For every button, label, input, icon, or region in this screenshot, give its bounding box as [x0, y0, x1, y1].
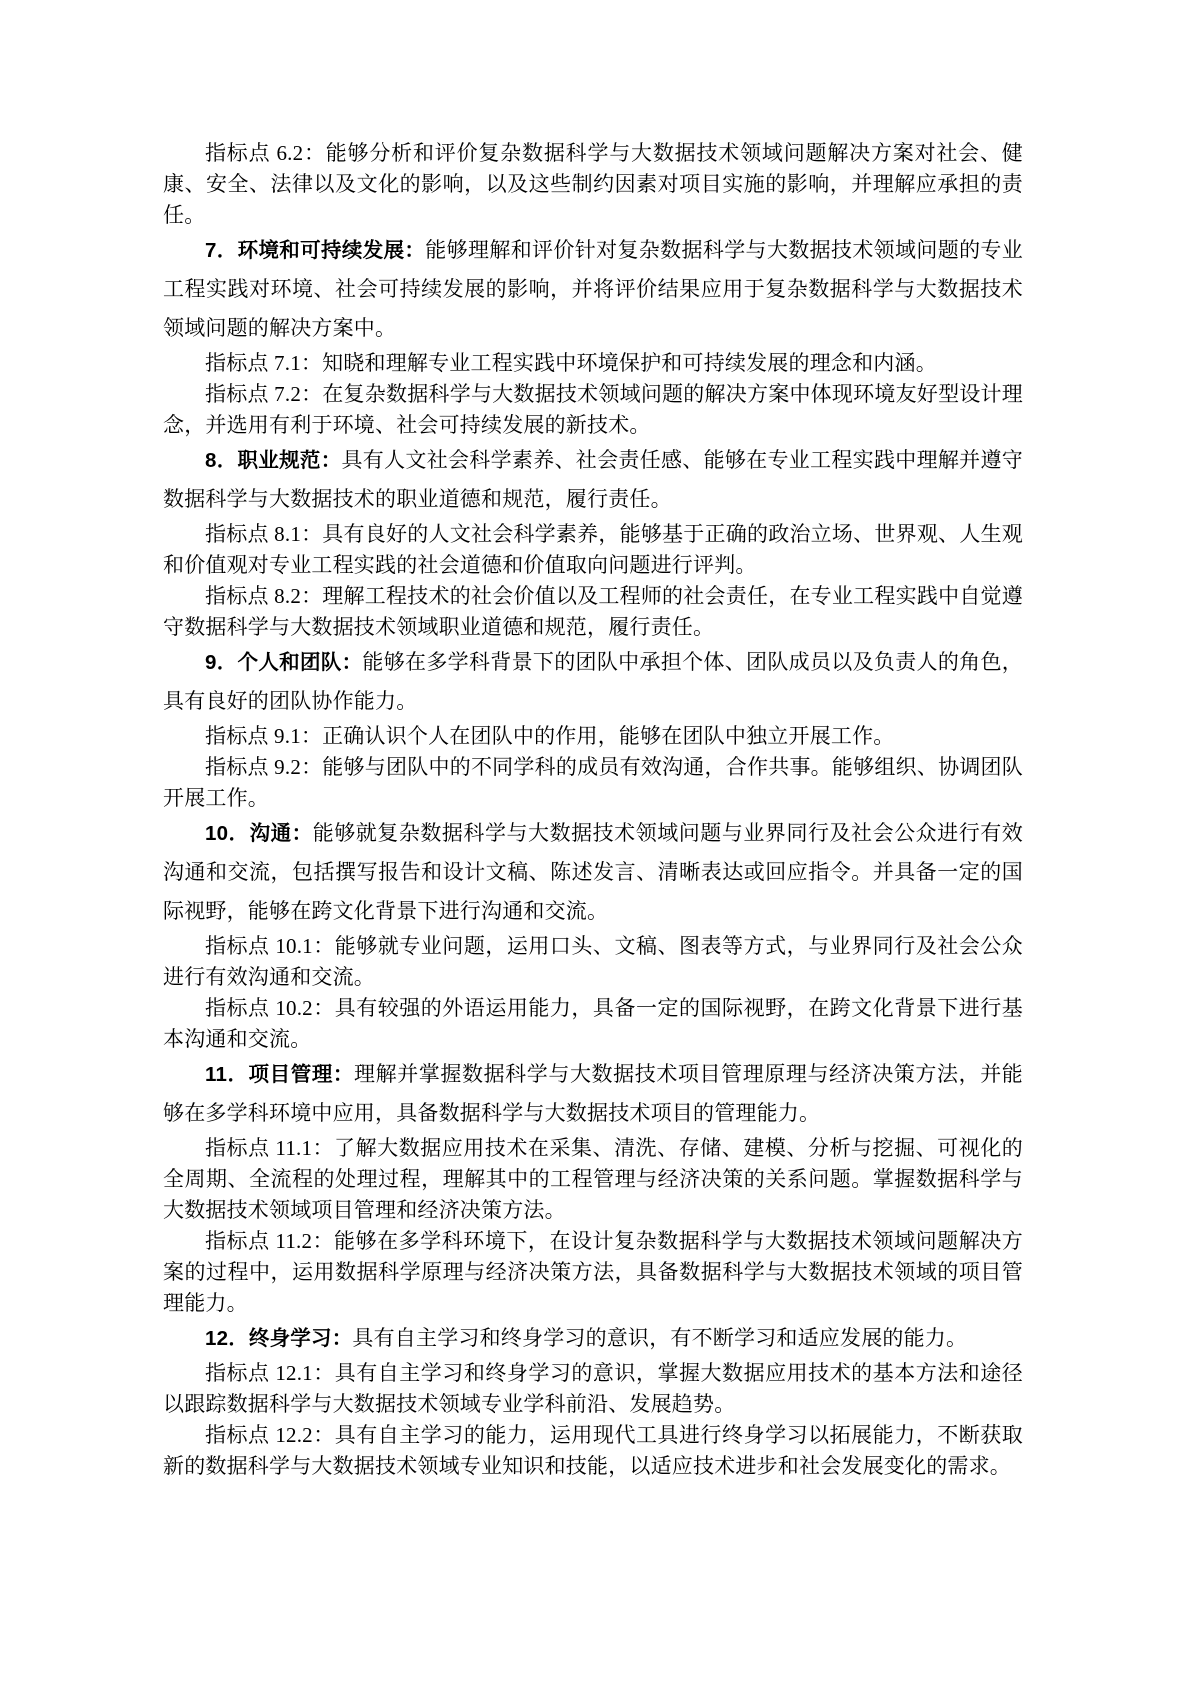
para-section-12: 12．终身学习：具有自主学习和终身学习的意识，有不断学习和适应发展的能力。 [163, 1319, 1023, 1358]
para-indicator-7-2: 指标点 7.2：在复杂数据科学与大数据技术领域问题的解决方案中体现环境友好型设计… [163, 379, 1023, 441]
para-section-8: 8．职业规范：具有人文社会科学素养、社会责任感、能够在专业工程实践中理解并遵守数… [163, 441, 1023, 519]
para-indicator-12-1: 指标点 12.1：具有自主学习和终身学习的意识，掌握大数据应用技术的基本方法和途… [163, 1358, 1023, 1420]
section-12-heading: 12．终身学习： [205, 1327, 352, 1350]
para-indicator-10-2: 指标点 10.2：具有较强的外语运用能力，具备一定的国际视野，在跨文化背景下进行… [163, 993, 1023, 1055]
section-7-heading: 7．环境和可持续发展： [205, 239, 425, 262]
para-indicator-7-1: 指标点 7.1：知晓和理解专业工程实践中环境保护和可持续发展的理念和内涵。 [163, 348, 1023, 379]
section-9-heading: 9．个人和团队： [205, 651, 362, 674]
para-indicator-8-2: 指标点 8.2：理解工程技术的社会价值以及工程师的社会责任，在专业工程实践中自觉… [163, 581, 1023, 643]
para-indicator-10-1: 指标点 10.1：能够就专业问题，运用口头、文稿、图表等方式，与业界同行及社会公… [163, 931, 1023, 993]
para-indicator-11-1: 指标点 11.1：了解大数据应用技术在采集、清洗、存储、建模、分析与挖掘、可视化… [163, 1133, 1023, 1226]
para-indicator-9-2: 指标点 9.2：能够与团队中的不同学科的成员有效沟通，合作共事。能够组织、协调团… [163, 752, 1023, 814]
section-12-body: 具有自主学习和终身学习的意识，有不断学习和适应发展的能力。 [352, 1326, 967, 1350]
section-8-heading: 8．职业规范： [205, 449, 342, 472]
document-text-block: 指标点 6.2：能够分析和评价复杂数据科学与大数据技术领域问题解决方案对社会、健… [163, 138, 1023, 1482]
para-indicator-12-2: 指标点 12.2：具有自主学习的能力，运用现代工具进行终身学习以拓展能力，不断获… [163, 1420, 1023, 1482]
para-section-10: 10．沟通：能够就复杂数据科学与大数据技术领域问题与业界同行及社会公众进行有效沟… [163, 814, 1023, 931]
section-10-heading: 10．沟通： [205, 822, 313, 845]
para-section-7: 7．环境和可持续发展：能够理解和评价针对复杂数据科学与大数据技术领域问题的专业工… [163, 231, 1023, 348]
para-indicator-11-2: 指标点 11.2：能够在多学科环境下，在设计复杂数据科学与大数据技术领域问题解决… [163, 1226, 1023, 1319]
para-indicator-9-1: 指标点 9.1：正确认识个人在团队中的作用，能够在团队中独立开展工作。 [163, 721, 1023, 752]
para-indicator-8-1: 指标点 8.1：具有良好的人文社会科学素养，能够基于正确的政治立场、世界观、人生… [163, 519, 1023, 581]
section-11-heading: 11．项目管理： [205, 1063, 354, 1086]
document-page: 指标点 6.2：能够分析和评价复杂数据科学与大数据技术领域问题解决方案对社会、健… [0, 0, 1190, 1684]
para-section-9: 9．个人和团队：能够在多学科背景下的团队中承担个体、团队成员以及负责人的角色，具… [163, 643, 1023, 721]
para-indicator-6-2: 指标点 6.2：能够分析和评价复杂数据科学与大数据技术领域问题解决方案对社会、健… [163, 138, 1023, 231]
para-section-11: 11．项目管理：理解并掌握数据科学与大数据技术项目管理原理与经济决策方法，并能够… [163, 1055, 1023, 1133]
